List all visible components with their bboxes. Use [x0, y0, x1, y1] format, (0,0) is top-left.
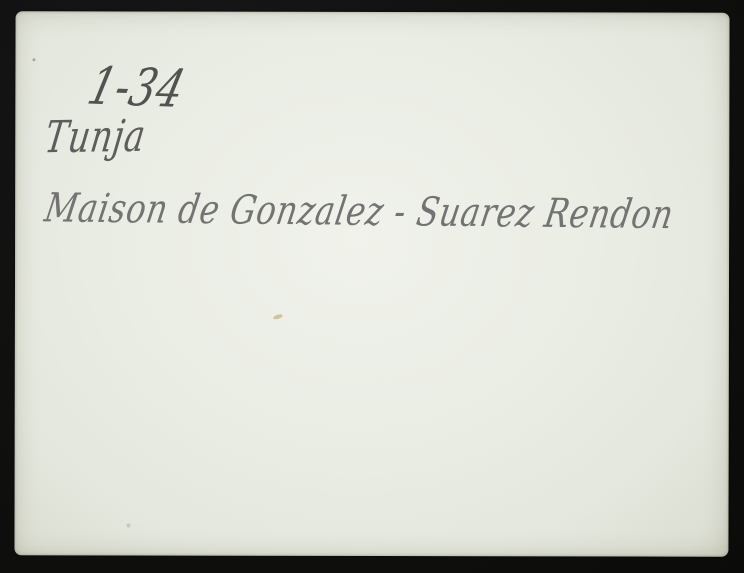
inscription-place-name: Tunja: [42, 111, 149, 163]
photo-verso-card: 1-34 Tunja Maison de Gonzalez - Suarez R…: [14, 11, 729, 556]
inscription-caption: Maison de Gonzalez - Suarez Rendon: [41, 186, 677, 238]
dust-speck: [32, 58, 35, 61]
handwriting-layer: 1-34 Tunja Maison de Gonzalez - Suarez R…: [14, 11, 729, 556]
dust-speck: [126, 523, 130, 527]
scan-background: 1-34 Tunja Maison de Gonzalez - Suarez R…: [0, 0, 744, 573]
